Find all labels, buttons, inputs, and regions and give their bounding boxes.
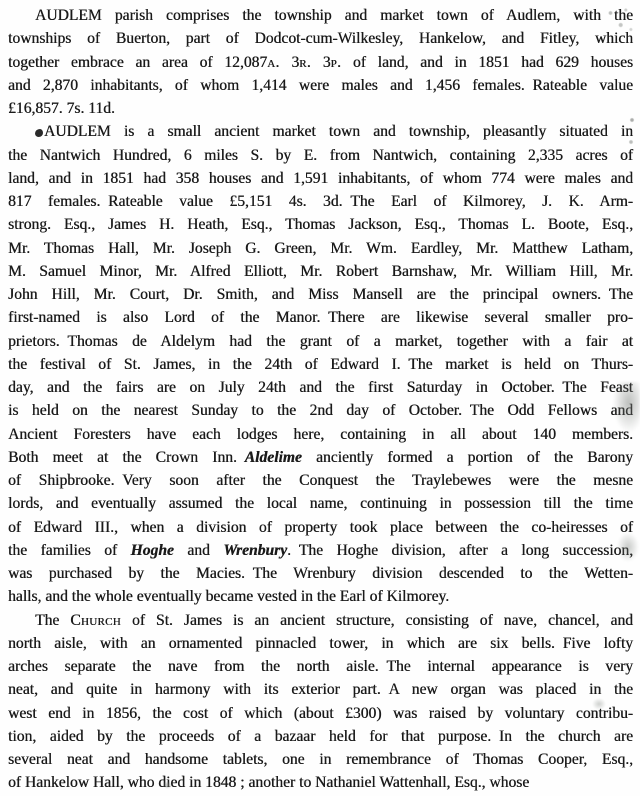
text-line: arches separate the nave from the north … <box>8 655 633 678</box>
small-caps-text: a. <box>267 54 279 71</box>
text-segment: 817 females. Rateable value £5,151 4s. 3… <box>8 193 633 210</box>
small-caps-text: Church <box>70 612 121 629</box>
text-segment: of Hankelow Hall, who died in 1848 ; ano… <box>8 774 529 791</box>
text-line: lords, and eventually assumed the local … <box>8 492 633 515</box>
text-segment: and <box>174 542 223 559</box>
text-segment: together embrace an area of 12,087 <box>8 54 267 71</box>
text-line: several neat and handsome tablets, one i… <box>8 748 633 771</box>
text-line: of Shipbrooke. Very soon after the Conqu… <box>8 469 633 492</box>
text-line: Ancient Foresters have each lodges here,… <box>8 423 633 446</box>
text-line: west end in 1856, the cost of which (abo… <box>8 702 633 725</box>
text-line: is held on the nearest Sunday to the 2nd… <box>8 399 633 422</box>
text-segment: land, and in 1851 had 358 houses and 1,5… <box>8 170 633 187</box>
text-segment: the festival of St. James, in the 24th o… <box>8 356 633 373</box>
text-line: townships of Buerton, part of Dodcot-cum… <box>8 27 633 50</box>
text-line: the festival of St. James, in the 24th o… <box>8 353 633 376</box>
text-segment: neat, and quite in harmony with its exte… <box>8 681 633 698</box>
text-segment: AUDLEM parish comprises the township and… <box>35 7 633 24</box>
text-segment: Mr. Thomas Hall, Mr. Joseph G. Green, Mr… <box>8 240 633 257</box>
text-segment: 3 <box>311 54 331 71</box>
text-segment: Ancient Foresters have each lodges here,… <box>8 426 633 443</box>
italic-text: Aldelime <box>245 449 302 466</box>
italic-text: Hoghe <box>131 542 174 559</box>
text-segment: of land, and in 1851 had 629 houses <box>341 54 633 71</box>
text-segment: prietors. Thomas de Aldelym had the gran… <box>8 333 633 350</box>
text-segment: . The Hoghe division, after a long succe… <box>287 542 633 559</box>
text-line: north aisle, with an ornamented pinnacle… <box>8 632 633 655</box>
text-segment: north aisle, with an ornamented pinnacle… <box>8 635 633 652</box>
text-line: together embrace an area of 12,087a. 3r.… <box>8 51 633 74</box>
text-segment: the Nantwich Hundred, 6 miles S. by E. f… <box>8 147 633 164</box>
text-line: 817 females. Rateable value £5,151 4s. 3… <box>8 190 633 213</box>
text-line: neat, and quite in harmony with its exte… <box>8 678 633 701</box>
text-segment: arches separate the nave from the north … <box>8 658 633 675</box>
text-line: M. Samuel Minor, Mr. Alfred Elliott, Mr.… <box>8 260 633 283</box>
text-segment: anciently formed a portion of the Barony <box>302 449 633 466</box>
text-segment: townships of Buerton, part of Dodcot-cum… <box>8 30 633 47</box>
text-line: of Hankelow Hall, who died in 1848 ; ano… <box>8 771 633 794</box>
text-line: the Nantwich Hundred, 6 miles S. by E. f… <box>8 144 633 167</box>
text-line: Both meet at the Crown Inn. Aldelime anc… <box>8 446 633 469</box>
paragraph-1: AUDLEM parish comprises the township and… <box>8 4 633 120</box>
text-segment: strong. Esq., James H. Heath, Esq., Thom… <box>8 216 633 233</box>
text-segment: AUDLEM is a small ancient market town an… <box>44 123 633 140</box>
text-line: £16,857. 7s. 11d. <box>8 97 633 120</box>
italic-text: Wrenbury <box>223 542 287 559</box>
text-segment: of St. James is an ancient structure, co… <box>121 612 633 629</box>
text-segment: day, and the fairs are on July 24th and … <box>8 379 633 396</box>
text-segment: halls, and the whole eventually became v… <box>8 588 449 605</box>
text-segment: and 2,870 inhabitants, of whom 1,414 wer… <box>8 77 633 94</box>
text-segment: lords, and eventually assumed the local … <box>8 495 633 512</box>
text-segment: The <box>35 612 70 629</box>
text-segment: of Edward III., when a division of prope… <box>8 519 633 536</box>
paragraph-2: AUDLEM is a small ancient market town an… <box>8 120 633 608</box>
small-caps-text: r. <box>299 54 311 71</box>
text-line: the families of Hoghe and Wrenbury. The … <box>8 539 633 562</box>
text-segment: tion, aided by the proceeds of a bazaar … <box>8 728 633 745</box>
scanned-page: AUDLEM parish comprises the township and… <box>0 0 640 796</box>
text-line: and 2,870 inhabitants, of whom 1,414 wer… <box>8 74 633 97</box>
text-line: AUDLEM parish comprises the township and… <box>8 4 633 27</box>
ink-artifact <box>35 129 43 137</box>
text-segment: west end in 1856, the cost of which (abo… <box>8 705 633 722</box>
text-line: strong. Esq., James H. Heath, Esq., Thom… <box>8 213 633 236</box>
text-line: John Hill, Mr. Court, Dr. Smith, and Mis… <box>8 283 633 306</box>
text-line: halls, and the whole eventually became v… <box>8 585 633 608</box>
text-segment: is held on the nearest Sunday to the 2nd… <box>8 402 633 419</box>
text-segment: John Hill, Mr. Court, Dr. Smith, and Mis… <box>8 286 633 303</box>
text-segment: £16,857. 7s. 11d. <box>8 100 115 117</box>
text-segment: several neat and handsome tablets, one i… <box>8 751 633 768</box>
text-segment: Both meet at the Crown Inn. <box>8 449 245 466</box>
text-segment: was purchased by the Macies. The Wrenbur… <box>8 565 633 582</box>
text-line: first-named is also Lord of the Manor. T… <box>8 306 633 329</box>
text-segment: of Shipbrooke. Very soon after the Conqu… <box>8 472 633 489</box>
text-line: day, and the fairs are on July 24th and … <box>8 376 633 399</box>
text-line: Mr. Thomas Hall, Mr. Joseph G. Green, Mr… <box>8 237 633 260</box>
text-segment: first-named is also Lord of the Manor. T… <box>8 309 633 326</box>
text-line: AUDLEM is a small ancient market town an… <box>8 120 633 143</box>
paragraph-3: The Church of St. James is an ancient st… <box>8 609 633 795</box>
text-line: of Edward III., when a division of prope… <box>8 516 633 539</box>
text-segment: the families of <box>8 542 131 559</box>
text-line: The Church of St. James is an ancient st… <box>8 609 633 632</box>
small-caps-text: p. <box>331 54 342 71</box>
text-line: tion, aided by the proceeds of a bazaar … <box>8 725 633 748</box>
text-segment: M. Samuel Minor, Mr. Alfred Elliott, Mr.… <box>8 263 633 280</box>
text-line: was purchased by the Macies. The Wrenbur… <box>8 562 633 585</box>
text-line: prietors. Thomas de Aldelym had the gran… <box>8 330 633 353</box>
page-text: AUDLEM parish comprises the township and… <box>8 4 633 795</box>
text-segment: 3 <box>280 54 300 71</box>
text-line: land, and in 1851 had 358 houses and 1,5… <box>8 167 633 190</box>
